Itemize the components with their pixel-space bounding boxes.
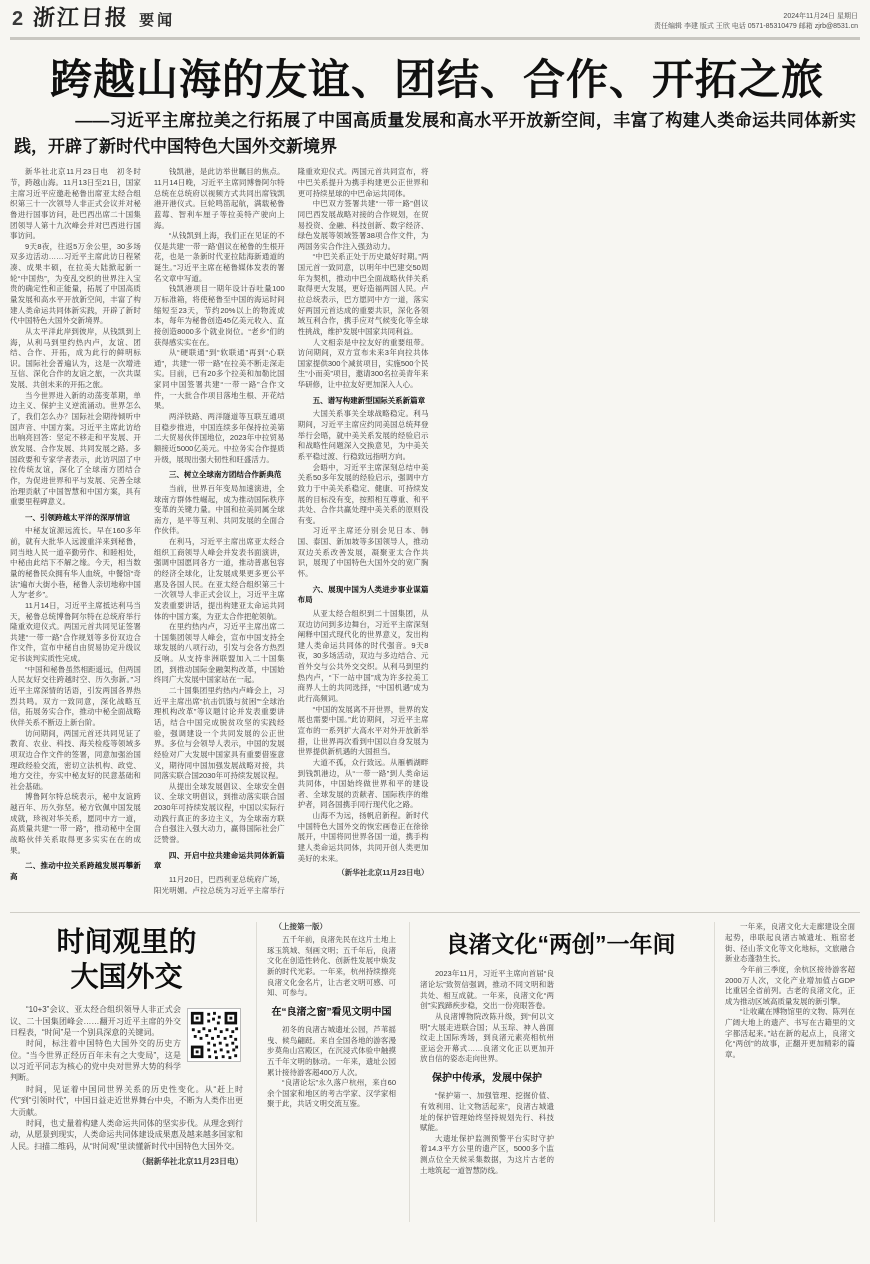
- lead-body-columns: 新华社北京11月23日电 初冬时节，跨越山海。11月13日至21日，国家主席习近…: [10, 167, 860, 905]
- lead-paragraph: 大道不孤，众行致远。从雁栖湖畔到钱凯港边，从“一带一路”到人类命运共同体，中国始…: [298, 758, 429, 811]
- liangzhu-paragraph: （上接第一版）: [267, 922, 396, 933]
- liangzhu-paragraph: 2023年11月，习近平主席向首届“良渚论坛”致贺信强调，推动不同文明和谐共处、…: [420, 969, 554, 1012]
- lead-paragraph: 会晤中，习近平主席深刻总结中美关系50多年发展的经验启示，强调中方致力于中美关系…: [298, 463, 429, 527]
- lead-paragraph: “中巴关系正处于历史最好时期。”两国元首一致同意，以明年中巴建交50周年为契机，…: [298, 252, 429, 337]
- lead-paragraph: 三、树立全球南方团结合作新典范: [154, 470, 285, 481]
- time-paragraph: 时间，也丈量着构建人类命运共同体的坚实步伐。从理念到行动，从愿景到现实，人类命运…: [10, 1118, 243, 1152]
- qr-block: [187, 1008, 243, 1062]
- lead-paragraph: 访问期间，两国元首还共同见证了教育、农业、科技、海关检疫等领域多项双边合作文件的…: [10, 729, 141, 793]
- liangzhu-paragraph: “让收藏在博物馆里的文物、陈列在广阔大地上的遗产、书写在古籍里的文字都活起来。”…: [725, 1007, 855, 1060]
- qr-code: [187, 1008, 241, 1062]
- lead-paragraph: 山海不为远，扬帆启新程。新时代中国特色大国外交的恢宏画卷正在徐徐展开，中国将同世…: [298, 811, 429, 864]
- lead-paragraph: 中巴双方签署共建“一带一路”倡议同巴西发展战略对接的合作规划，在贸易投资、金融、…: [298, 199, 429, 252]
- newspaper-page: 2 浙江日报 要闻 2024年11月24日 星期日 责任编辑 李建 版式 王欣 …: [0, 0, 870, 1264]
- lead-paragraph: （新华社北京11月23日电）: [298, 868, 429, 879]
- liangzhu-paragraph: 大遗址保护监测预警平台实时守护着14.3平方公里的遗产区，5000多个监测点位全…: [420, 1134, 554, 1177]
- liangzhu-paragraph: 初冬的良渚古城遗址公园，芦苇摇曳、候鸟翩跹。来自全国各地的游客漫步莫角山宫殿区，…: [267, 1025, 396, 1078]
- masthead-logo: 浙江日报: [32, 1, 130, 32]
- lead-paragraph: 人文相亲是中拉友好的重要纽带。访问期间，双方宣布未来3年向拉共体国家提供300个…: [298, 338, 429, 391]
- lead-paragraph: 二、推动中拉关系跨越发展再攀新高: [10, 861, 141, 882]
- liangzhu-paragraph: “良渚论坛”永久落户杭州，来自60余个国家和地区的考古学家、汉学家相聚于此，共话…: [267, 1078, 396, 1110]
- bottom-section: 时间观里的 大国外交: [10, 922, 860, 1222]
- lead-headline: 跨越山海的友谊、团结、合作、开拓之旅: [50, 56, 820, 104]
- time-title-line2: 大国外交: [10, 959, 243, 994]
- lead-paragraph: 从亚太经合组织到二十国集团，从双边访问到多边舞台，习近平主席深刻阐释中国式现代化…: [298, 609, 429, 705]
- time-article-signoff: （据新华社北京11月23日电）: [10, 1156, 243, 1167]
- liangzhu-paragraph: 保护中传承，发展中保护: [420, 1072, 554, 1086]
- lead-paragraph: “中国的发展离不开世界，世界的发展也需要中国。”此访期间，习近平主席宣布的一系列…: [298, 705, 429, 758]
- lead-article: 跨越山海的友谊、团结、合作、开拓之旅 ——习近平主席拉美之行拓展了中国高质量发展…: [10, 56, 860, 905]
- lead-paragraph: 一、引领跨越太平洋的深厚情谊: [10, 513, 141, 524]
- lead-paragraph: 二十国集团里约热内卢峰会上，习近平主席出席“抗击饥饿与贫困”“全球治理机构改革”…: [154, 686, 285, 782]
- liangzhu-paragraph: 五千年前，良渚先民在这片土地上琢玉筑城、刻画文明；五千年后，良渚文化在创造性转化…: [267, 935, 396, 999]
- editor-line: 责任编辑 李建 版式 王欣 电话 0571-85310479 邮箱 zjrb@8…: [654, 22, 858, 32]
- lead-paragraph: 11月14日，习近平主席抵达利马当天，秘鲁总统博鲁阿尔特在总统府举行隆重欢迎仪式…: [10, 601, 141, 665]
- time-title-line1: 时间观里的: [10, 924, 243, 959]
- liangzhu-col-b: 一年来，良渚文化大走廊建设全面起势，串联起良渚古城遗址、瓶窑老街、径山茶文化等文…: [714, 922, 855, 1222]
- lead-paragraph: “从钱凯到上海，我们正在见证的不仅是共建‘一带一路’倡议在秘鲁的生根开花，也是一…: [154, 231, 285, 284]
- time-article-title: 时间观里的 大国外交: [10, 924, 243, 994]
- lead-paragraph: 当前，世界百年变局加速演进，全球南方群体性崛起，成为推动国际秩序变革的关键力量。…: [154, 484, 285, 537]
- lead-paragraph: 四、开启中拉共建命运共同体新篇章: [154, 851, 285, 872]
- lead-paragraph: 从提出全球发展倡议、全球安全倡议、全球文明倡议，到推动落实联合国2030年可持续…: [154, 782, 285, 846]
- date-line: 2024年11月24日 星期日: [654, 12, 858, 22]
- lead-paragraph: 钱凯港，是此访举世瞩目的焦点。11月14日晚，习近平主席同博鲁阿尔特总统在总统府…: [154, 167, 285, 231]
- time-paragraph: 时间，见证着中国同世界关系的历史性变化。从“赶上时代”到“引领时代”，中国日益走…: [10, 1084, 243, 1118]
- page-header: 2 浙江日报 要闻 2024年11月24日 星期日 责任编辑 李建 版式 王欣 …: [10, 0, 860, 40]
- lead-paragraph: 大国关系事关全球战略稳定。利马期间，习近平主席应约同美国总统拜登举行会晤，就中美…: [298, 409, 429, 462]
- lead-paragraph: 9天8夜，往返5万余公里，30多场双多边活动……习近平主席此访日程紧凑、成果丰硕…: [10, 242, 141, 327]
- page-number: 2: [12, 8, 23, 31]
- liangzhu-paragraph: 从良渚博物院改陈升级，到“何以文明”大展走进联合国；从玉琮、神人兽面纹走上国际秀…: [420, 1012, 554, 1065]
- section-name: 要闻: [139, 9, 175, 30]
- lead-paragraph: 中秘友谊源远流长。早在160多年前，就有大批华人远渡重洋来到秘鲁，同当地人民一道…: [10, 526, 141, 600]
- liangzhu-paragraph: “保护第一、加强管理、挖掘价值、有效利用、让文物活起来”，良渚古城遗址的保护管理…: [420, 1091, 554, 1134]
- liangzhu-paragraph: 一年来，良渚文化大走廊建设全面起势，串联起良渚古城遗址、瓶窑老街、径山茶文化等文…: [725, 922, 855, 965]
- lead-paragraph: 当今世界进入新的动荡变革期，单边主义、保护主义逆流涌动。世界怎么了，我们怎么办？…: [10, 391, 141, 508]
- section-divider: [10, 912, 860, 913]
- header-left: 2 浙江日报 要闻: [12, 1, 175, 32]
- liangzhu-title: 良渚文化“两创”一年间: [420, 926, 701, 959]
- lead-paragraph: 两洋铁路、两洋隧道等互联互通项目稳步推进，中国连续多年保持拉美第二大贸易伙伴国地…: [154, 412, 285, 465]
- lead-paragraph: 习近平主席还分别会见日本、韩国、泰国、新加坡等多国领导人，推动双边关系改善发展，…: [298, 526, 429, 579]
- lead-paragraph: 从“硬联通”到“软联通”再到“心联通”，共建“一带一路”在拉美不断走深走实。目前…: [154, 348, 285, 412]
- lead-paragraph: 在利马，习近平主席出席亚太经合组织工商领导人峰会并发表书面演讲，强调中国愿同各方…: [154, 537, 285, 622]
- liangzhu-center: 良渚文化“两创”一年间 2023年11月，习近平主席向首届“良渚论坛”致贺信强调…: [409, 922, 701, 1222]
- liangzhu-center-columns: 2023年11月，习近平主席向首届“良渚论坛”致贺信强调，推动不同文明和谐共处、…: [420, 969, 701, 1221]
- time-article: 时间观里的 大国外交: [10, 922, 243, 1222]
- liangzhu-paragraph: 在“良渚之窗”看见文明中国: [267, 1006, 396, 1020]
- lead-paragraph: 从太平洋此岸到彼岸，从钱凯到上海，从利马到里约热内卢，友谊、团结、合作、开拓，成…: [10, 327, 141, 391]
- header-right: 2024年11月24日 星期日 责任编辑 李建 版式 王欣 电话 0571-85…: [654, 12, 858, 32]
- lead-paragraph: 六、展现中国为人类进步事业谋篇布局: [298, 585, 429, 606]
- liangzhu-paragraph: 今年前三季度，余杭区接待游客超2000万人次，文化产业增加值占GDP比重居全省前…: [725, 965, 855, 1008]
- lead-paragraph: 钱凯港项目一期年设计吞吐量100万标准箱，将使秘鲁至中国的海运时间缩短至23天，…: [154, 284, 285, 348]
- liangzhu-col-a: （上接第一版）五千年前，良渚先民在这片土地上琢玉筑城、刻画文明；五千年后，良渚文…: [256, 922, 396, 1222]
- lead-subhead: ——习近平主席拉美之行拓展了中国高质量发展和高水平开放新空间，丰富了构建人类命运…: [14, 108, 856, 159]
- lead-paragraph: 在里约热内卢，习近平主席出席二十国集团领导人峰会，宣布中国支持全球发展的八项行动…: [154, 622, 285, 686]
- lead-paragraph: 博鲁阿尔特总统表示，秘中友谊跨越百年、历久弥坚。秘方钦佩中国发展成就，珍视对华关…: [10, 792, 141, 856]
- lead-paragraph: 五、谱写构建新型国际关系新篇章: [298, 396, 429, 407]
- lead-paragraph: 新华社北京11月23日电 初冬时节，跨越山海。11月13日至21日，国家主席习近…: [10, 167, 141, 241]
- lead-paragraph: “中国和秘鲁虽然相距遥远，但两国人民友好交往跨越时空、历久弥新。”习近平主席深情…: [10, 665, 141, 729]
- time-article-body: “10+3”会议、亚太经合组织领导人非正式会议、二十国集团峰会……翻开习近平主席…: [10, 1004, 243, 1167]
